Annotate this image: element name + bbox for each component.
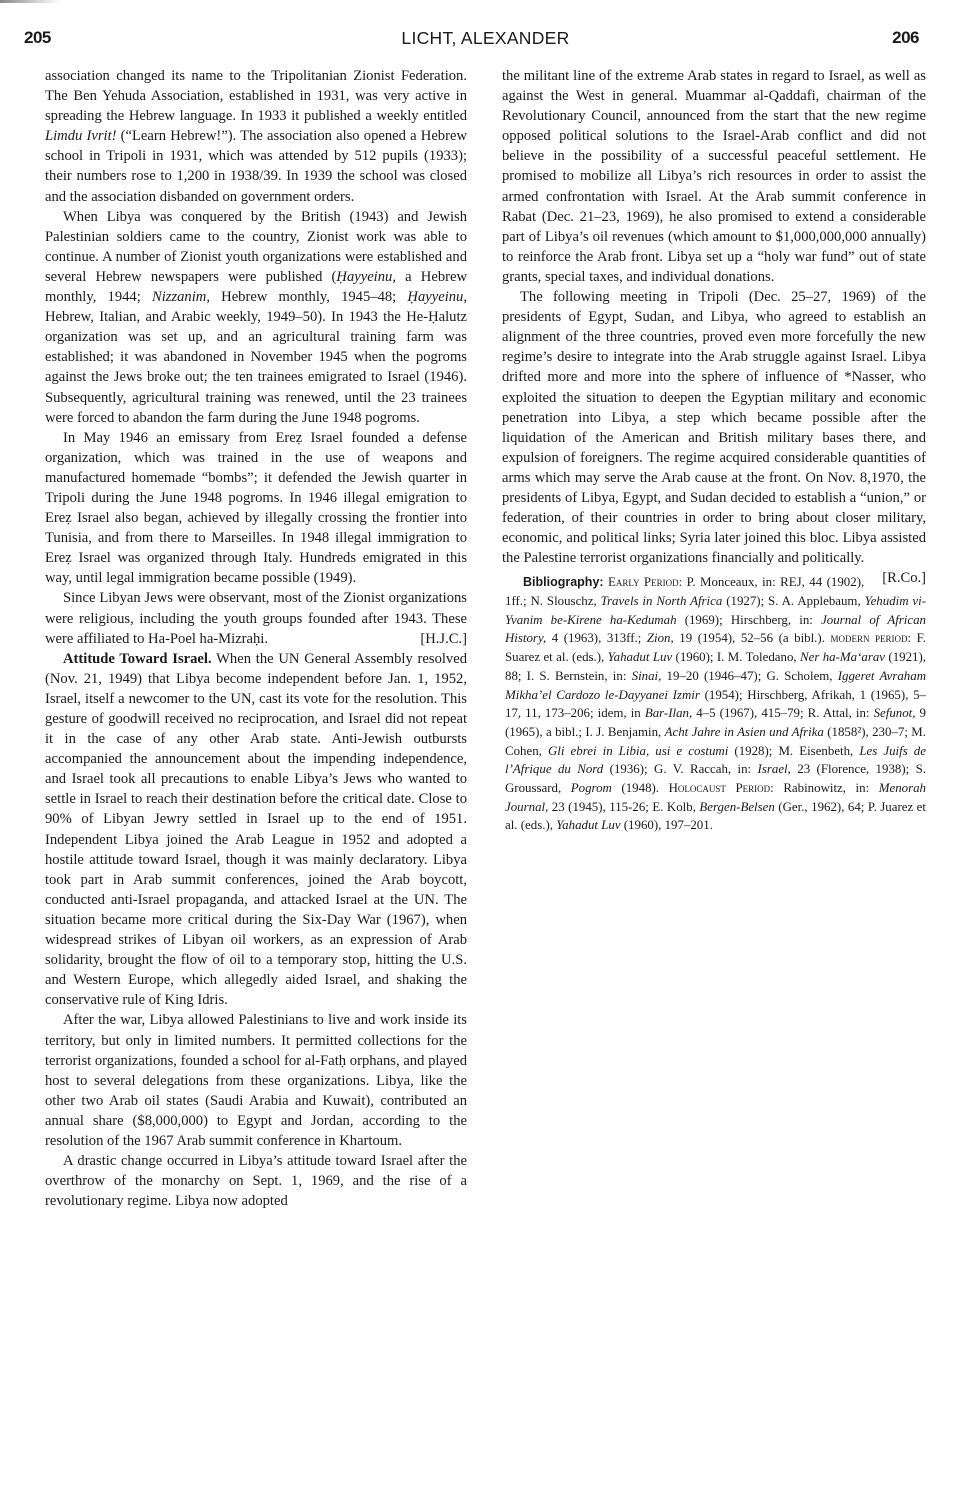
paragraph: After the war, Libya allowed Palestinian… xyxy=(45,1010,467,1151)
paragraph: When Libya was conquered by the British … xyxy=(45,207,467,428)
paragraph: Since Libyan Jews were observant, most o… xyxy=(45,588,467,648)
scan-edge-shade xyxy=(0,0,60,3)
bibliography: Bibliography: Early Period: P. Monceaux,… xyxy=(502,573,926,835)
period-heading: Early Period xyxy=(608,575,679,589)
running-title: LICHT, ALEXANDER xyxy=(24,28,947,49)
page-number-right: 206 xyxy=(892,28,919,48)
paragraph: A drastic change occurred in Libya’s att… xyxy=(45,1151,467,1211)
paragraph: The following meeting in Tripoli (Dec. 2… xyxy=(502,287,926,568)
author-initials: [H.J.C.] xyxy=(402,629,467,649)
author-initials: [R.Co.] xyxy=(864,568,926,588)
paragraph: association changed its name to the Trip… xyxy=(45,66,467,207)
page-header: 205 LICHT, ALEXANDER 206 xyxy=(24,28,947,54)
section-paragraph: Attitude Toward Israel. When the UN Gene… xyxy=(45,649,467,1011)
section-heading: Attitude Toward Israel. xyxy=(63,651,212,667)
left-column: association changed its name to the Trip… xyxy=(45,66,467,1211)
paragraph: the militant line of the extreme Arab st… xyxy=(502,66,926,287)
period-heading: Holocaust Period xyxy=(669,781,771,795)
period-heading: modern period xyxy=(830,631,907,645)
paragraph: In May 1946 an emissary from Ereẓ Israel… xyxy=(45,428,467,589)
bibliography-label: Bibliography: xyxy=(523,575,604,589)
right-column: the militant line of the extreme Arab st… xyxy=(502,66,926,835)
